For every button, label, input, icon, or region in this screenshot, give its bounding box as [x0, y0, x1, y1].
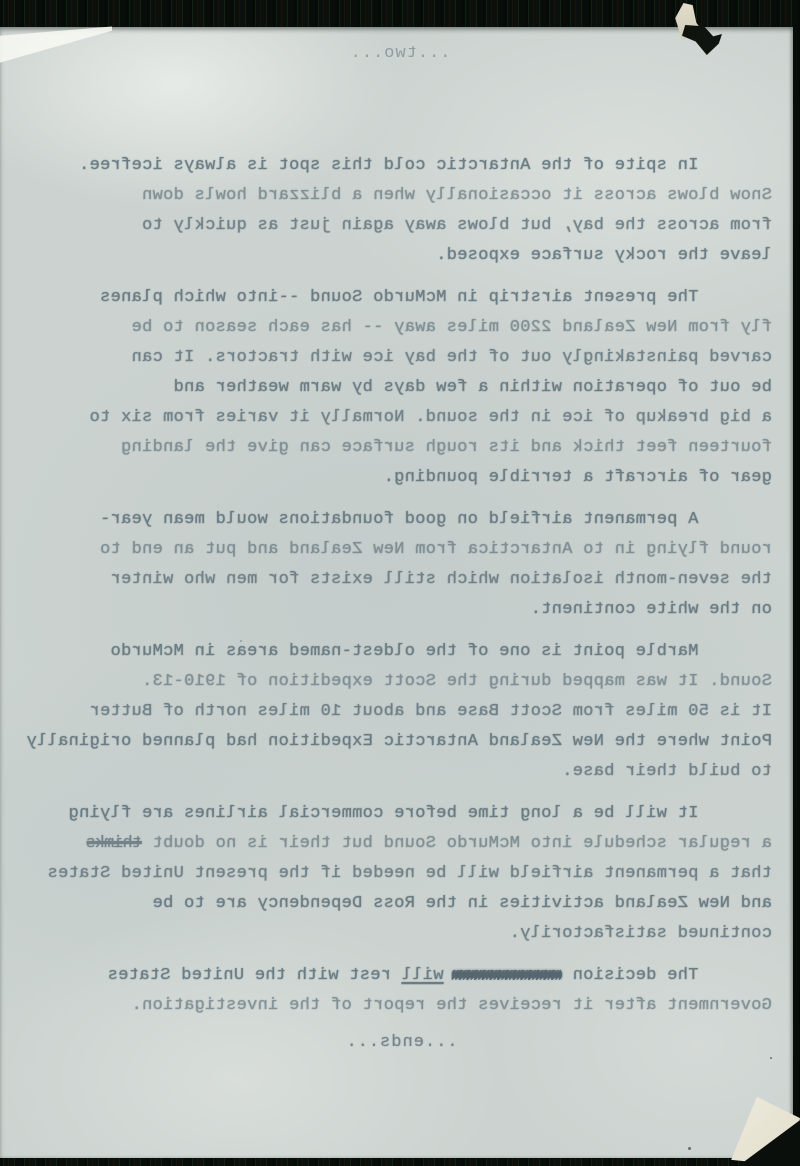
- typewritten-line: In spite of the Antarctic cold this spot…: [31, 151, 772, 181]
- typewritten-line: It will be a long time before commercial…: [31, 799, 772, 829]
- typewritten-line: The present airstrip in McMurdo Sound --…: [31, 283, 772, 313]
- typewritten-line: continued satisfactorily.: [31, 919, 772, 949]
- mirrored-text-layer: ...two... In spite of the Antarctic cold…: [0, 0, 800, 1166]
- scanned-document-photo: ...two... In spite of the Antarctic cold…: [0, 0, 800, 1166]
- typewritten-line: Marble point is one of the oldest-named …: [31, 637, 772, 667]
- typewritten-line: from across the bay, but blows away agai…: [31, 211, 772, 241]
- paragraph: The present airstrip in McMurdo Sound --…: [31, 283, 772, 493]
- typewritten-line: fourteen feet thick and its rough surfac…: [31, 433, 772, 463]
- page-number: ...two...: [0, 44, 800, 63]
- typewritten-line: Snow blows across it occasionally when a…: [31, 181, 772, 211]
- typewritten-line: a regular schedule into McMurdo Sound bu…: [31, 829, 772, 859]
- paragraph: In spite of the Antarctic cold this spot…: [31, 151, 772, 271]
- paragraph: A permanent airfield on good foundations…: [31, 505, 772, 625]
- typewritten-line: on the white continent.: [31, 595, 772, 625]
- struck-out-text: mmmmmmmmmmmmmm: [454, 966, 562, 985]
- typewritten-line: leave the rocky surface exposed.: [31, 241, 772, 271]
- typewritten-line: round flying in to Antarctica from New Z…: [31, 535, 772, 565]
- typewritten-line: Point where the New Zealand Antarctic Ex…: [31, 727, 772, 757]
- struck-out-text: thimks: [87, 834, 142, 853]
- paragraph: It will be a long time before commercial…: [31, 799, 772, 949]
- paragraph: The decision mmmmmmmmmmmmmm will rest wi…: [31, 961, 772, 1021]
- typewritten-line: fly from New Zealand 2200 miles away -- …: [31, 313, 772, 343]
- document-body: In spite of the Antarctic cold this spot…: [31, 151, 772, 1052]
- typewritten-line: It is 50 miles from Scott Base and about…: [31, 697, 772, 727]
- typewritten-line: to build their base.: [31, 757, 772, 787]
- typewritten-line: a big breakup of ice in the sound. Norma…: [31, 403, 772, 433]
- typewritten-line: gear of aircraft a terrible pounding.: [31, 463, 772, 493]
- paragraph: Marble point is one of the oldest-named …: [31, 637, 772, 787]
- typewritten-line: A permanent airfield on good foundations…: [31, 505, 772, 535]
- typewritten-line: carved painstakingly out of the bay ice …: [31, 343, 772, 373]
- typewritten-line: be out of operation within a few days by…: [31, 373, 772, 403]
- typewritten-line: Government after it receives the report …: [31, 991, 772, 1021]
- underlined-word: will: [402, 966, 444, 985]
- typewritten-line: the seven-month isolation which still ex…: [31, 565, 772, 595]
- end-marker: ...ends...: [31, 1033, 772, 1052]
- typewritten-line: that a permanent airfield will be needed…: [31, 859, 772, 889]
- typewritten-line: and New Zealand activities in the Ross D…: [31, 889, 772, 919]
- typewritten-line: Sound. It was mapped during the Scott ex…: [31, 667, 772, 697]
- typewritten-line: The decision mmmmmmmmmmmmmm will rest wi…: [31, 961, 772, 991]
